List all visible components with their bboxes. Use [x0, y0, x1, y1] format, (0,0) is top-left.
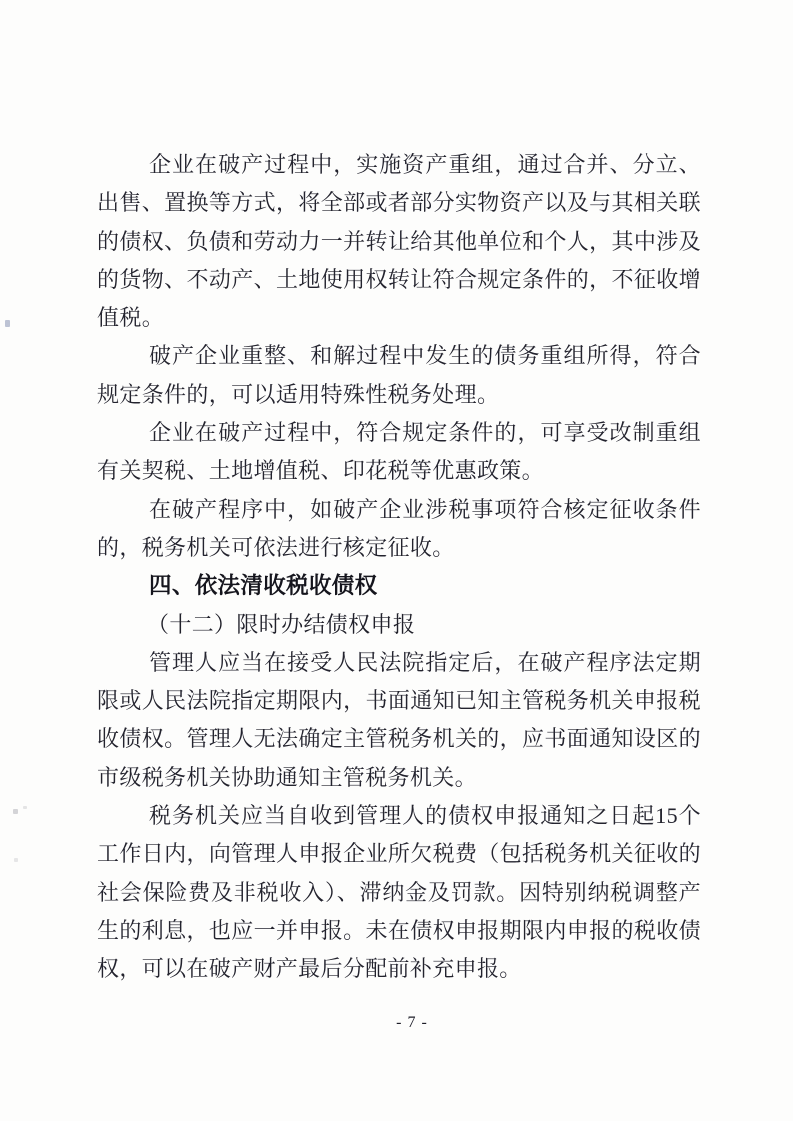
scan-speck	[13, 809, 18, 814]
scan-speck	[5, 320, 10, 327]
section-heading: 四、依法清收税收债权	[97, 567, 701, 605]
scan-speck	[14, 858, 18, 862]
body-paragraph: 管理人应当在接受人民法院指定后，在破产程序法定期限或人民法院指定期限内，书面通知…	[97, 644, 701, 797]
sub-heading: （十二）限时办结债权申报	[97, 606, 701, 644]
body-paragraph: 税务机关应当自收到管理人的债权申报通知之日起15个工作日内，向管理人申报企业所欠…	[97, 797, 701, 988]
document-page: 企业在破产过程中，实施资产重组，通过合并、分立、出售、置换等方式，将全部或者部分…	[0, 0, 793, 1121]
body-paragraph: 企业在破产过程中，实施资产重组，通过合并、分立、出售、置换等方式，将全部或者部分…	[97, 146, 701, 337]
document-body: 企业在破产过程中，实施资产重组，通过合并、分立、出售、置换等方式，将全部或者部分…	[97, 146, 701, 989]
scan-speck	[23, 806, 27, 809]
body-paragraph: 破产企业重整、和解过程中发生的债务重组所得，符合规定条件的，可以适用特殊性税务处…	[97, 337, 701, 414]
body-paragraph: 企业在破产过程中，符合规定条件的，可享受改制重组有关契税、土地增值税、印花税等优…	[97, 414, 701, 491]
page-number: - 7 -	[396, 1014, 428, 1032]
body-paragraph: 在破产程序中，如破产企业涉税事项符合核定征收条件的，税务机关可依法进行核定征收。	[97, 491, 701, 568]
